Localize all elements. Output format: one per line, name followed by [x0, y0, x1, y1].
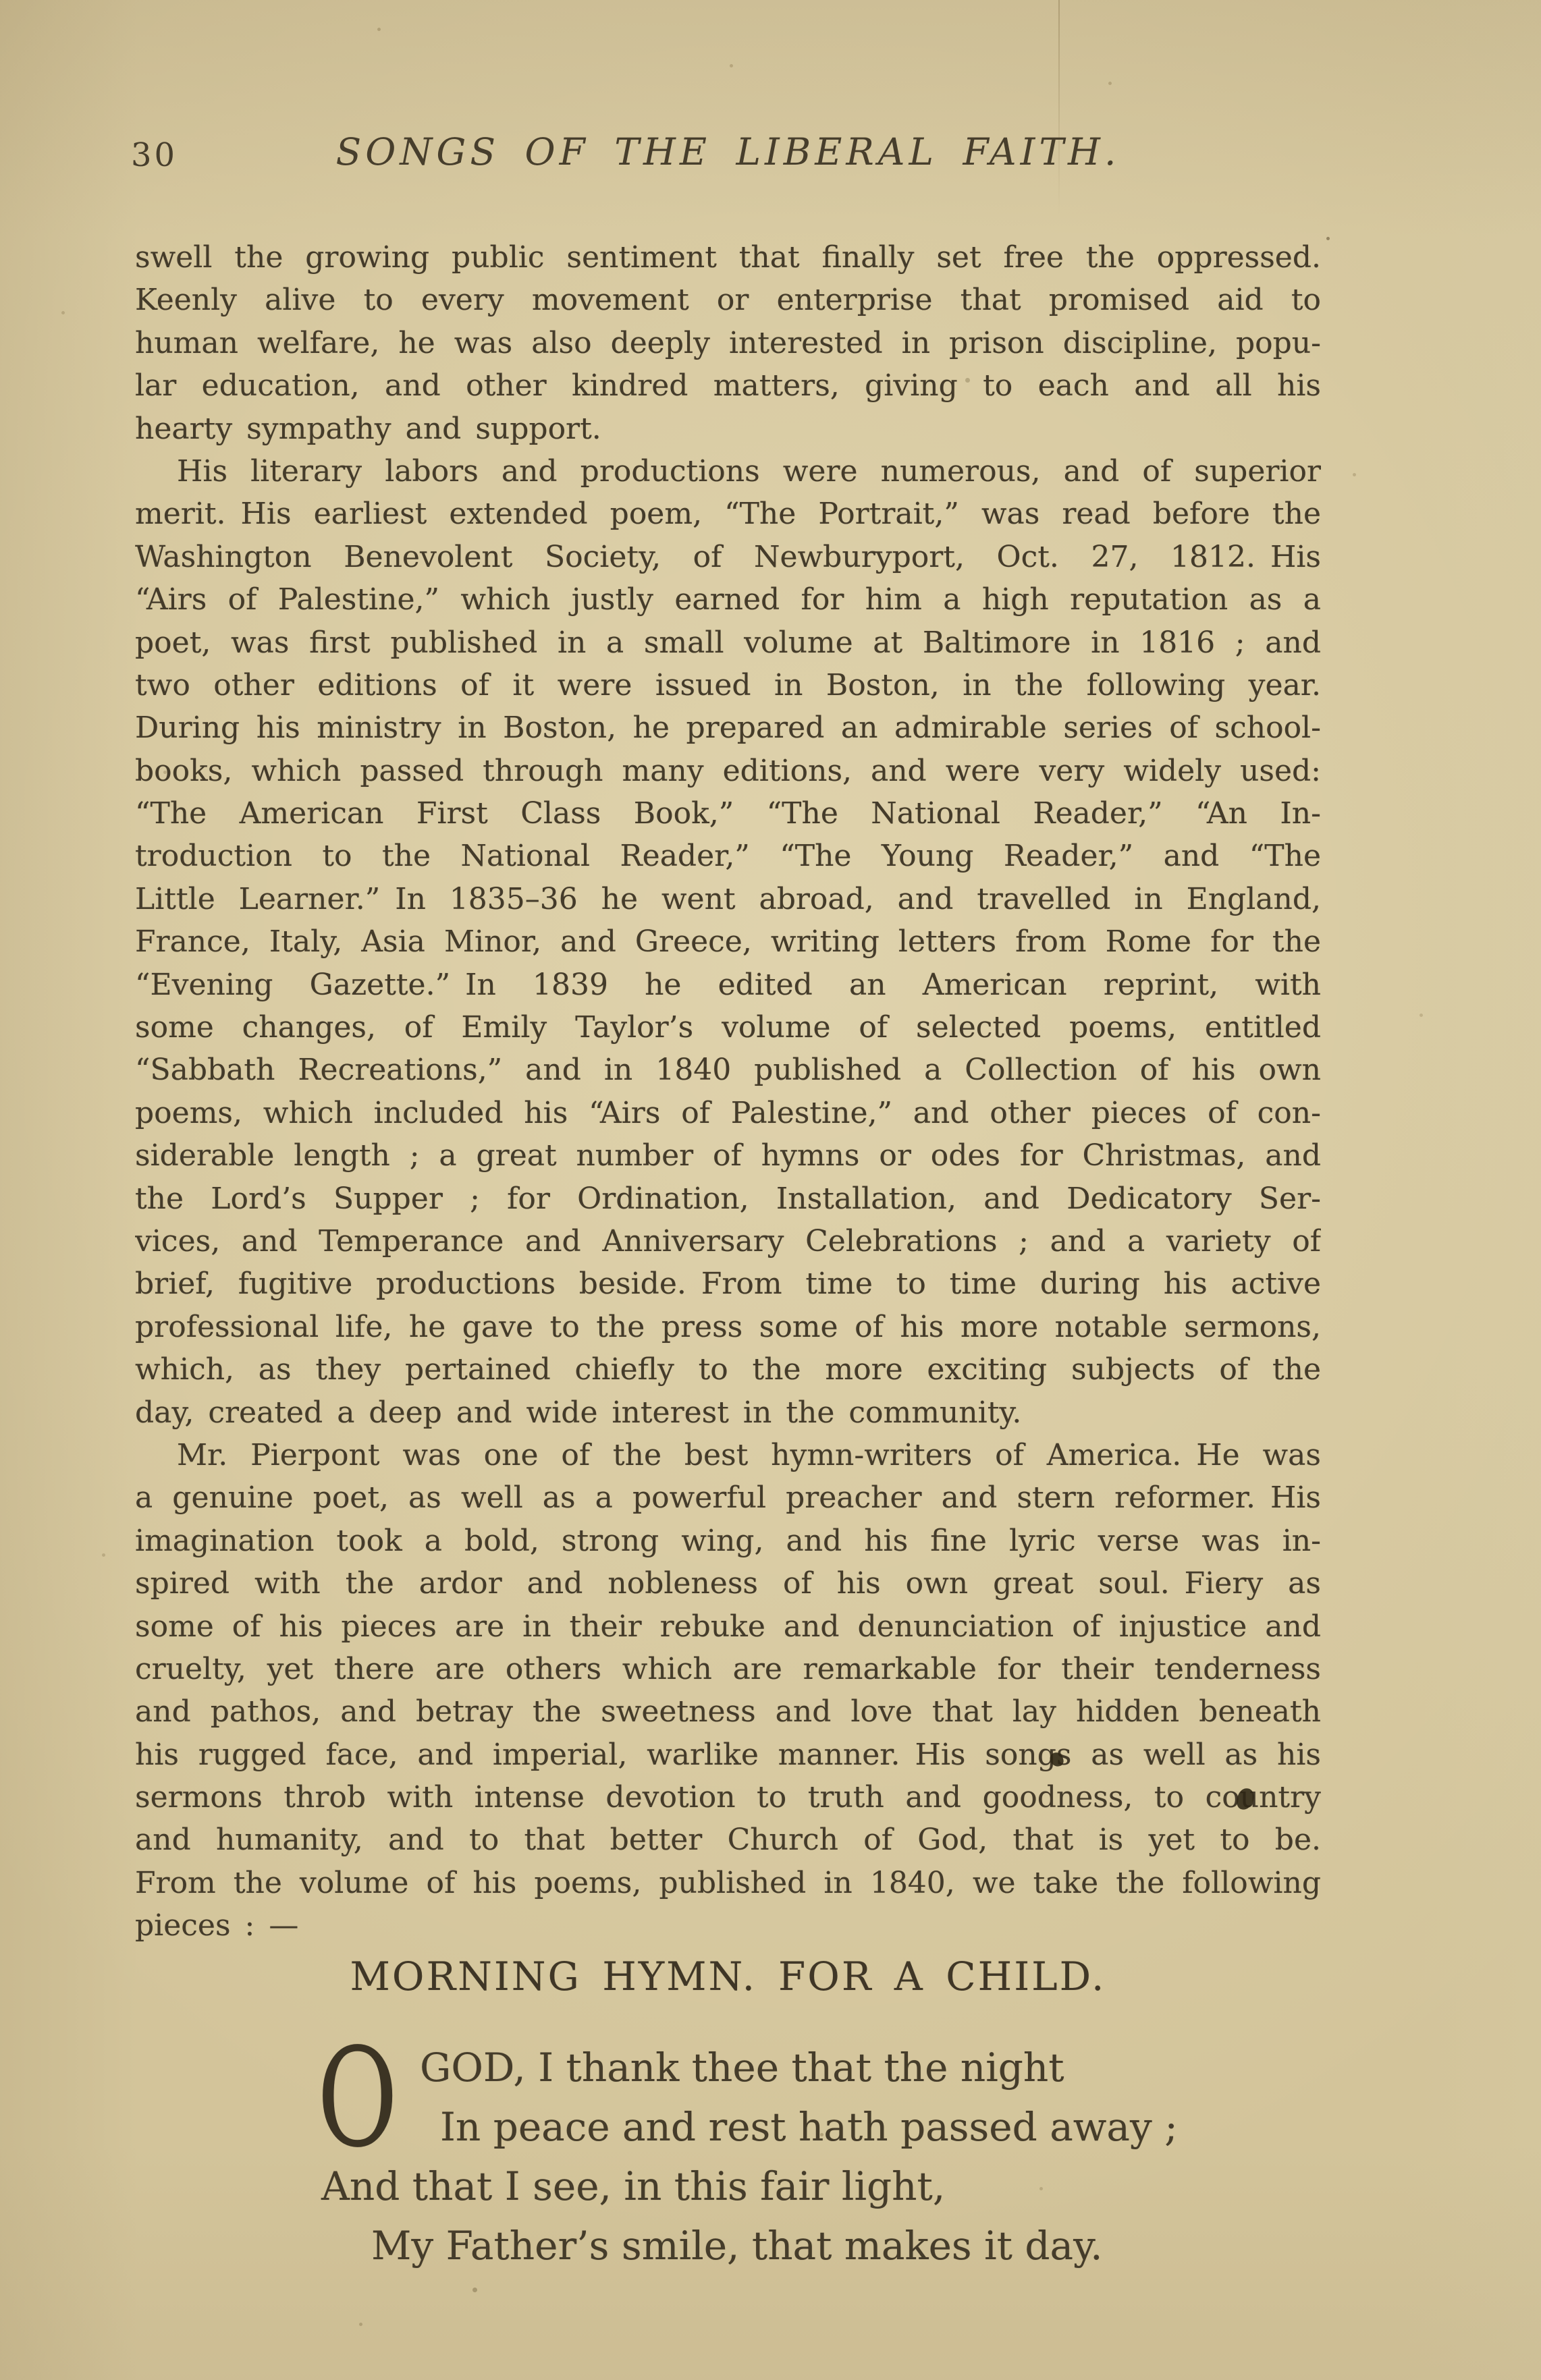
body-line: day, created a deep and wide interest in… — [135, 1391, 1321, 1434]
body-line: professional life, he gave to the press … — [135, 1306, 1321, 1348]
poem-line: In peace and rest hath passed away ; — [440, 2097, 1370, 2157]
body-line: poet, was first published in a small vol… — [135, 621, 1321, 664]
hymn-poem: O GOD, I thank thee that the night In pe… — [317, 2038, 1370, 2275]
body-line: siderable length ; a great number of hym… — [135, 1134, 1321, 1177]
body-line: pieces : — — [135, 1904, 1321, 1947]
running-head: SONGS OF THE LIBERAL FAITH. — [135, 134, 1321, 171]
body-line: books, which passed through many edition… — [135, 750, 1321, 792]
body-line: “The American First Class Book,” “The Na… — [135, 792, 1321, 835]
body-line: “Evening Gazette.” In 1839 he edited an … — [135, 964, 1321, 1006]
poem-line: GOD, I thank thee that the night — [420, 2038, 1370, 2097]
body-line: some changes, of Emily Taylor’s volume o… — [135, 1006, 1321, 1049]
body-line: vices, and Temperance and Anniversary Ce… — [135, 1220, 1321, 1263]
body-line: sermons throb with intense devotion to t… — [135, 1776, 1321, 1819]
body-line: human welfare, he was also deeply intere… — [135, 322, 1321, 364]
body-line: some of his pieces are in their rebuke a… — [135, 1605, 1321, 1648]
body-line: hearty sympathy and support. — [135, 408, 1321, 450]
body-line: his rugged face, and imperial, warlike m… — [135, 1734, 1321, 1776]
body-line: Washington Benevolent Society, of Newbur… — [135, 536, 1321, 578]
body-line: Little Learner.” In 1835–36 he went abro… — [135, 878, 1321, 920]
body-line: “Sabbath Recreations,” and in 1840 publi… — [135, 1049, 1321, 1091]
body-line: troduction to the National Reader,” “The… — [135, 835, 1321, 877]
body-line: merit. His earliest extended poem, “The … — [135, 493, 1321, 535]
body-line: During his ministry in Boston, he prepar… — [135, 707, 1321, 749]
body-line: imagination took a bold, strong wing, an… — [135, 1520, 1321, 1562]
body-line: which, as they pertained chiefly to the … — [135, 1348, 1321, 1391]
body-line: cruelty, yet there are others which are … — [135, 1648, 1321, 1690]
body-line: Keenly alive to every movement or enterp… — [135, 279, 1321, 321]
hymn-title: MORNING HYMN. FOR A CHILD. — [135, 1953, 1321, 2000]
body-line: and pathos, and betray the sweetness and… — [135, 1690, 1321, 1733]
body-line: poems, which included his “Airs of Pales… — [135, 1092, 1321, 1134]
body-line: From the volume of his poems, published … — [135, 1862, 1321, 1904]
body-line: spired with the ardor and nobleness of h… — [135, 1562, 1321, 1605]
poem-line: And that I see, in this fair light, — [321, 2157, 1370, 2216]
body-line: and humanity, and to that better Church … — [135, 1819, 1321, 1861]
poem-line: My Father’s smile, that makes it day. — [371, 2216, 1370, 2275]
body-line: brief, fugitive productions beside. From… — [135, 1263, 1321, 1305]
body-line: the Lord’s Supper ; for Ordination, Inst… — [135, 1178, 1321, 1220]
body-line: two other editions of it were issued in … — [135, 664, 1321, 707]
body-line: a genuine poet, as well as a powerful pr… — [135, 1476, 1321, 1519]
body-text: swell the growing public sentiment that … — [135, 236, 1321, 1947]
body-line: France, Italy, Asia Minor, and Greece, w… — [135, 920, 1321, 963]
book-page: 30 SONGS OF THE LIBERAL FAITH. swell the… — [0, 0, 1541, 2380]
paper-crease — [1058, 0, 1060, 216]
body-line: swell the growing public sentiment that … — [135, 236, 1321, 279]
paper-specks — [0, 0, 2, 2]
body-line: lar education, and other kindred matters… — [135, 364, 1321, 407]
body-line: Mr. Pierpont was one of the best hymn-wr… — [135, 1434, 1321, 1476]
body-line: His literary labors and productions were… — [135, 450, 1321, 493]
body-line: “Airs of Palestine,” which justly earned… — [135, 578, 1321, 621]
dropcap-letter: O — [317, 2047, 398, 2149]
